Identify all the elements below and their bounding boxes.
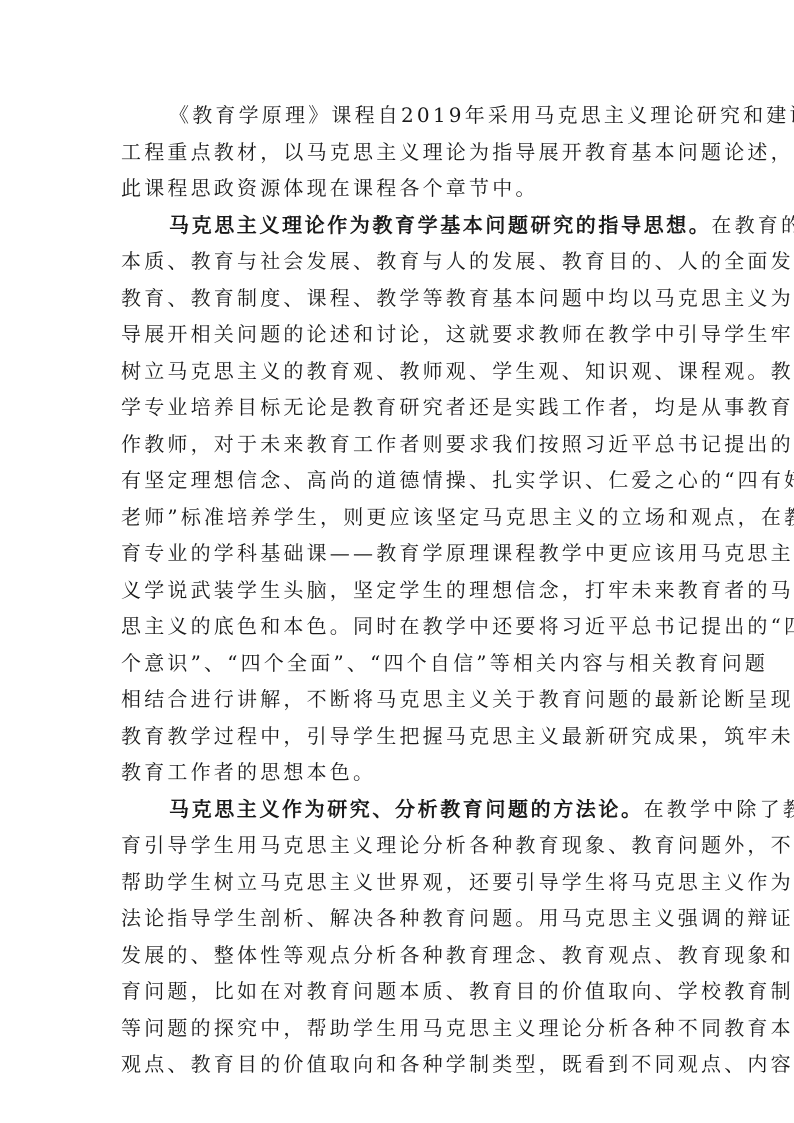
paragraph-heading: 马克思主义理论作为教育学基本问题研究的指导思想。 [169, 213, 711, 237]
text-line: 发展的、整体性等观点分析各种教育理念、教育观点、教育现象和教 [121, 937, 677, 974]
text-line: 帮助学生树立马克思主义世界观，还要引导学生将马克思主义作为方 [121, 864, 677, 901]
text-line: 育引导学生用马克思主义理论分析各种教育现象、教育问题外，不仅 [121, 827, 677, 864]
text-line: 学专业培养目标无论是教育研究者还是实践工作者，均是从事教育工 [121, 389, 677, 426]
text-line: 老师”标准培养学生，则更应该坚定马克思主义的立场和观点，在教 [121, 499, 677, 536]
text-line: 法论指导学生剖析、解决各种教育问题。用马克思主义强调的辩证的、 [121, 900, 677, 937]
text-line: 马克思主义理论作为教育学基本问题研究的指导思想。在教育的 [121, 207, 677, 244]
paragraph-methodology: 马克思主义作为研究、分析教育问题的方法论。在教学中除了教 育引导学生用马克思主义… [121, 791, 677, 1083]
paragraph-heading: 马克思主义作为研究、分析教育问题的方法论。 [169, 797, 644, 821]
text-line: 马克思主义作为研究、分析教育问题的方法论。在教学中除了教 [121, 791, 677, 828]
text-line: 相结合进行讲解，不断将马克思主义关于教育问题的最新论断呈现在 [121, 681, 677, 718]
text-line: 育专业的学科基础课——教育学原理课程教学中更应该用马克思主 [121, 535, 677, 572]
text-line: 观点、教育目的价值取向和各种学制类型，既看到不同观点、内容所 [121, 1046, 677, 1083]
text-line: 作教师，对于未来教育工作者则要求我们按照习近平总书记提出的具 [121, 426, 677, 463]
text-line: 义学说武装学生头脑，坚定学生的理想信念，打牢未来教育者的马克 [121, 572, 677, 609]
text-line: 树立马克思主义的教育观、教师观、学生观、知识观、课程观。教育 [121, 353, 677, 390]
document-page: 《教育学原理》课程自2019年采用马克思主义理论研究和建设 工程重点教材，以马克… [121, 97, 677, 1083]
text-line: 等问题的探究中，帮助学生用马克思主义理论分析各种不同教育本质 [121, 1010, 677, 1047]
text-line: 导展开相关问题的论述和讨论，这就要求教师在教学中引导学生牢固 [121, 316, 677, 353]
text-line: 教育教学过程中，引导学生把握马克思主义最新研究成果，筑牢未来 [121, 718, 677, 755]
text-line: 工程重点教材，以马克思主义理论为指导展开教育基本问题论述，因 [121, 134, 677, 171]
text-line: 此课程思政资源体现在课程各个章节中。 [121, 170, 677, 207]
paragraph-intro: 《教育学原理》课程自2019年采用马克思主义理论研究和建设 工程重点教材，以马克… [121, 97, 677, 207]
text-line: 思主义的底色和本色。同时在教学中还要将习近平总书记提出的“四 [121, 608, 677, 645]
text-line: 教育、教育制度、课程、教学等教育基本问题中均以马克思主义为指 [121, 280, 677, 317]
text-line: 个意识”、“四个全面”、“四个自信”等相关内容与相关教育问题 [121, 645, 677, 682]
text-line: 本质、教育与社会发展、教育与人的发展、教育目的、人的全面发展 [121, 243, 677, 280]
paragraph-guiding-ideology: 马克思主义理论作为教育学基本问题研究的指导思想。在教育的 本质、教育与社会发展、… [121, 207, 677, 791]
text-line: 教育工作者的思想本色。 [121, 754, 677, 791]
text-line: 育问题，比如在对教育问题本质、教育目的价值取向、学校教育制度 [121, 973, 677, 1010]
text-line: 有坚定理想信念、高尚的道德情操、扎实学识、仁爱之心的“四有好 [121, 462, 677, 499]
text-line: 《教育学原理》课程自2019年采用马克思主义理论研究和建设 [121, 97, 677, 134]
